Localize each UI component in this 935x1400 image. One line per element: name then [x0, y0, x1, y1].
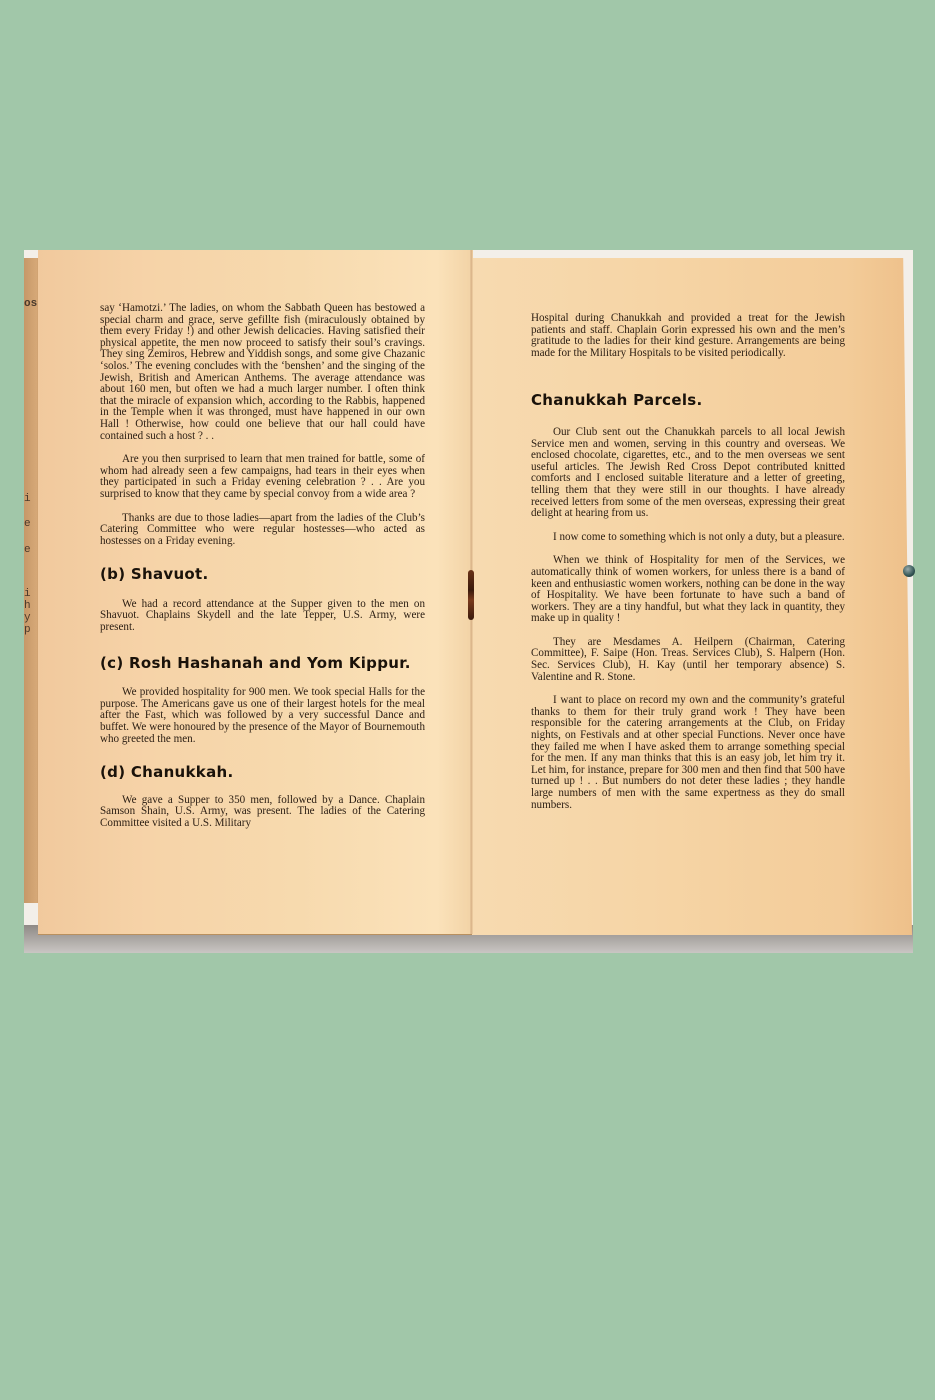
section-heading: (b) Shavuot. [100, 569, 425, 581]
section-heading: Chanukkah Parcels. [531, 395, 845, 407]
paragraph: I want to place on record my own and the… [531, 695, 845, 811]
paragraph: Thanks are due to those ladies—apart fro… [100, 513, 425, 548]
paragraph: Hospital during Chanukkah and provided a… [531, 313, 845, 359]
back-page-fragment: e [24, 518, 31, 530]
back-page-fragment: os [24, 298, 37, 310]
back-page-fragment: y [24, 612, 31, 624]
back-page-fragment: p [24, 624, 31, 636]
back-page-fragment: i [24, 493, 31, 505]
back-page-fragment: e [24, 544, 31, 556]
left-page-text: say ‘Hamotzi.’ The ladies, on whom the S… [100, 303, 425, 842]
paragraph: When we think of Hospitality for men of … [531, 555, 845, 625]
section-heading: (c) Rosh Hashanah and Yom Kippur. [100, 658, 425, 670]
pin-icon [903, 565, 915, 577]
paragraph: They are Mesdames A. Heilpern (Chairman,… [531, 637, 845, 683]
paragraph: We gave a Supper to 350 men, followed by… [100, 795, 425, 830]
back-page-fragment: i [24, 588, 31, 600]
paragraph: Our Club sent out the Chanukkah parcels … [531, 427, 845, 520]
paragraph: We had a record attendance at the Supper… [100, 599, 425, 634]
paragraph: say ‘Hamotzi.’ The ladies, on whom the S… [100, 303, 425, 442]
paragraph: We provided hospitality for 900 men. We … [100, 687, 425, 745]
right-page-text: Hospital during Chanukkah and provided a… [531, 313, 845, 823]
paragraph: Are you then surprised to learn that men… [100, 454, 425, 500]
staple-icon [468, 570, 474, 620]
paragraph: I now come to something which is not onl… [531, 532, 845, 544]
section-heading: (d) Chanukkah. [100, 767, 425, 779]
back-page-fragment: h [24, 600, 31, 612]
